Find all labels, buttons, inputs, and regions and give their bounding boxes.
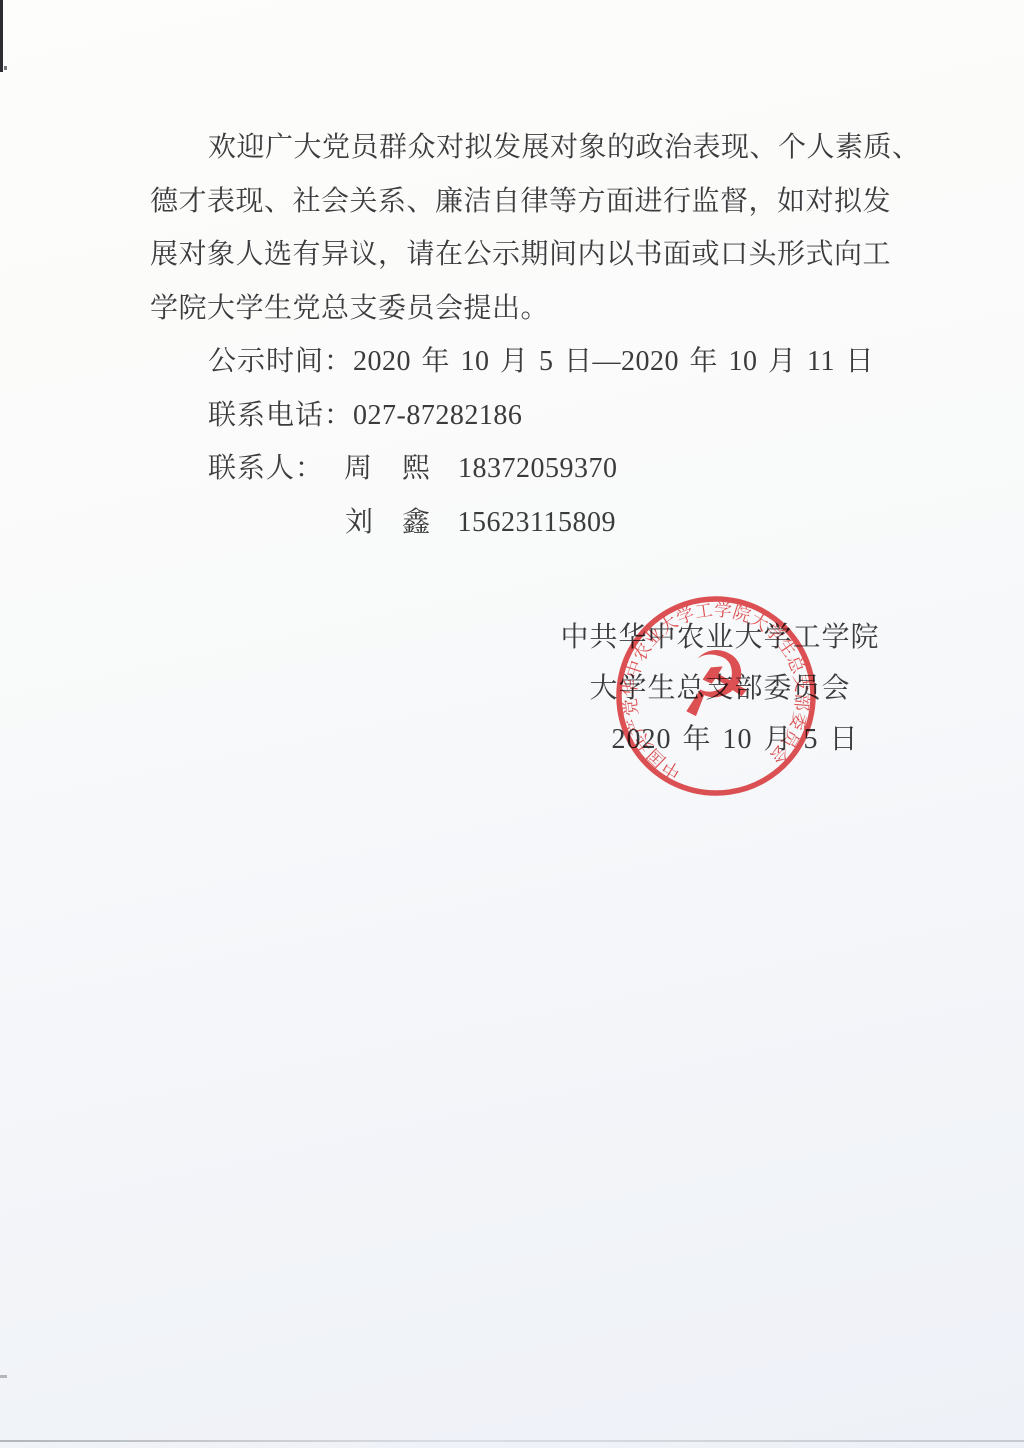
contact-phone-line: 联系电话：027-87282186 bbox=[150, 389, 920, 443]
contact-person-1-name: 周 熙 bbox=[344, 453, 431, 484]
contact-person-2-name: 刘 鑫 bbox=[345, 507, 431, 538]
paragraph-line: 欢迎广大党员群众对拟发展对象的政治表现、个人素质、 bbox=[150, 121, 920, 175]
contact-person-1-phone: 18372059370 bbox=[458, 453, 618, 484]
publicity-time-label: 公示时间： bbox=[208, 346, 353, 377]
signature-org-line-2: 大学生总支部委员会 bbox=[540, 663, 900, 714]
contact-phone-value: 027-87282186 bbox=[353, 400, 522, 431]
paragraph-line: 德才表现、社会关系、廉洁自律等方面进行监督，如对拟发 bbox=[150, 175, 920, 229]
notice-text-block: 欢迎广大党员群众对拟发展对象的政治表现、个人素质、 德才表现、社会关系、廉洁自律… bbox=[150, 121, 920, 549]
signature-date: 2020 年 10 月 5 日 bbox=[555, 714, 915, 765]
contact-phone-label: 联系电话： bbox=[208, 400, 353, 431]
publicity-time-line: 公示时间：2020 年 10 月 5 日—2020 年 10 月 11 日 bbox=[150, 335, 920, 389]
contact-person-line-1: 联系人：周 熙18372059370 bbox=[150, 442, 920, 496]
paragraph-line: 展对象人选有异议，请在公示期间内以书面或口头形式向工 bbox=[150, 228, 920, 282]
scan-edge-artifact-bottom bbox=[0, 1440, 1024, 1442]
paragraph-line: 学院大学生党总支委员会提出。 bbox=[150, 282, 920, 336]
signature-org-line-1: 中共华中农业大学工学院 bbox=[540, 612, 900, 663]
scan-speck bbox=[0, 1375, 7, 1378]
scan-speck bbox=[4, 66, 7, 70]
scanned-notice-page: 欢迎广大党员群众对拟发展对象的政治表现、个人素质、 德才表现、社会关系、廉洁自律… bbox=[0, 0, 1024, 1448]
publicity-time-value: 2020 年 10 月 5 日—2020 年 10 月 11 日 bbox=[353, 346, 874, 377]
contact-person-line-2: 刘 鑫15623115809 bbox=[150, 496, 920, 550]
contact-person-2-phone: 15623115809 bbox=[458, 507, 616, 538]
contact-person-label: 联系人： bbox=[208, 453, 324, 484]
scan-edge-artifact-left bbox=[0, 0, 3, 72]
signature-block: 中共华中农业大学工学院 大学生总支部委员会 2020 年 10 月 5 日 bbox=[540, 612, 900, 765]
